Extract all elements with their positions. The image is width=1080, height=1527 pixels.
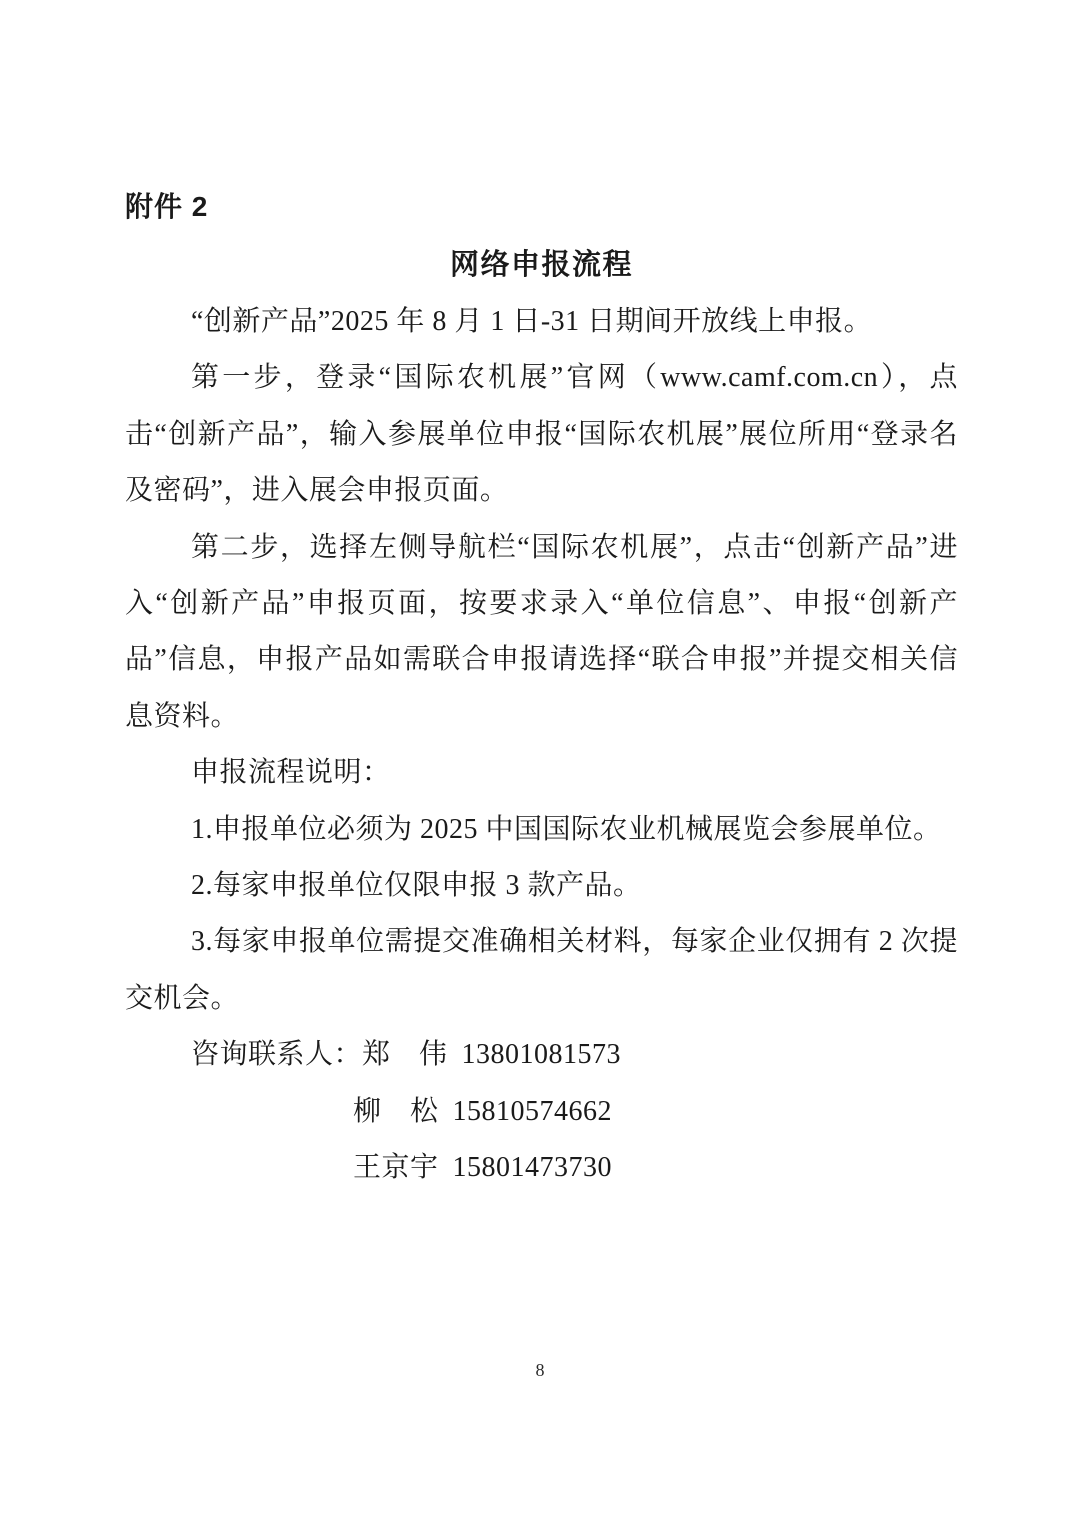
contact-name: 郑 伟 [362, 1039, 448, 1070]
notes-heading: 申报流程说明： [125, 745, 958, 801]
contact-label: 咨询联系人： [191, 1039, 362, 1070]
note-item-2: 2.每家申报单位仅限申报 3 款产品。 [125, 858, 958, 914]
contact-name: 柳 松 [353, 1096, 439, 1127]
contact-phone: 15801473730 [453, 1152, 613, 1183]
contact-line: 柳 松15810574662 [125, 1084, 958, 1140]
note-item-1: 1.申报单位必须为 2025 中国国际农业机械展览会参展单位。 [125, 802, 958, 858]
attachment-label: 附件 2 [125, 190, 958, 224]
contact-phone: 15810574662 [453, 1096, 613, 1127]
note-item-3: 3.每家申报单位需提交准确相关材料，每家企业仅拥有 2 次提交机会。 [125, 914, 958, 1027]
contact-phone: 13801081573 [462, 1039, 622, 1070]
document-page: 附件 2 网络申报流程 “创新产品”2025 年 8 月 1 日-31 日期间开… [0, 0, 1080, 1527]
page-title: 网络申报流程 [125, 245, 958, 285]
page-number: 8 [0, 1356, 1080, 1384]
contact-line: 王京宇15801473730 [125, 1140, 958, 1196]
paragraph-step2: 第二步，选择左侧导航栏“国际农机展”，点击“创新产品”进入“创新产品”申报页面，… [125, 520, 958, 746]
document-body: “创新产品”2025 年 8 月 1 日-31 日期间开放线上申报。 第一步，登… [125, 294, 958, 1197]
contact-name: 王京宇 [353, 1152, 439, 1183]
paragraph-step1: 第一步，登录“国际农机展”官网（www.camf.com.cn），点击“创新产品… [125, 350, 958, 519]
paragraph-intro: “创新产品”2025 年 8 月 1 日-31 日期间开放线上申报。 [125, 294, 958, 350]
contact-line: 咨询联系人：郑 伟13801081573 [125, 1027, 958, 1083]
